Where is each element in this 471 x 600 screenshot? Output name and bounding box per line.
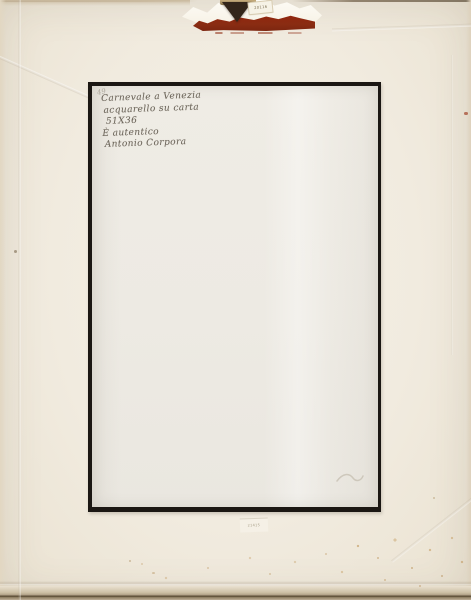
- paper-speck: [14, 250, 17, 253]
- frame-left-edge: [0, 0, 6, 600]
- crease-bottom-right: [391, 493, 471, 563]
- triangle-hanging-ring: [222, 2, 252, 22]
- artist-inscription: Carnevale a Venezia acquarello su carta …: [101, 91, 203, 152]
- crease-top-right: [332, 24, 471, 32]
- faint-pencil-scribble: [335, 469, 365, 487]
- torn-top-left-edge: [0, 0, 190, 6]
- paper-speck: [129, 560, 131, 562]
- wax-seal-drips: [215, 32, 311, 34]
- paper-speck: [433, 497, 435, 499]
- framed-painting-back-photo: 49 Carnevale a Venezia acquarello su car…: [0, 0, 471, 600]
- crease-right-vertical: [451, 55, 453, 355]
- paper-speck: [152, 572, 155, 574]
- auction-stamp: 21415: [240, 518, 268, 533]
- inscription-line-artist-signature: Antonio Corpora: [105, 136, 203, 151]
- frame-bottom-edge: [0, 586, 471, 600]
- inner-backing-panel: 49 Carnevale a Venezia acquarello su car…: [88, 82, 381, 512]
- bottom-fold-crease: [0, 581, 471, 585]
- crease-left-vertical: [18, 0, 21, 600]
- inventory-sticker-number: 20116: [254, 5, 268, 11]
- auction-stamp-number: 21415: [248, 523, 261, 527]
- frame-right-edge: [466, 0, 471, 600]
